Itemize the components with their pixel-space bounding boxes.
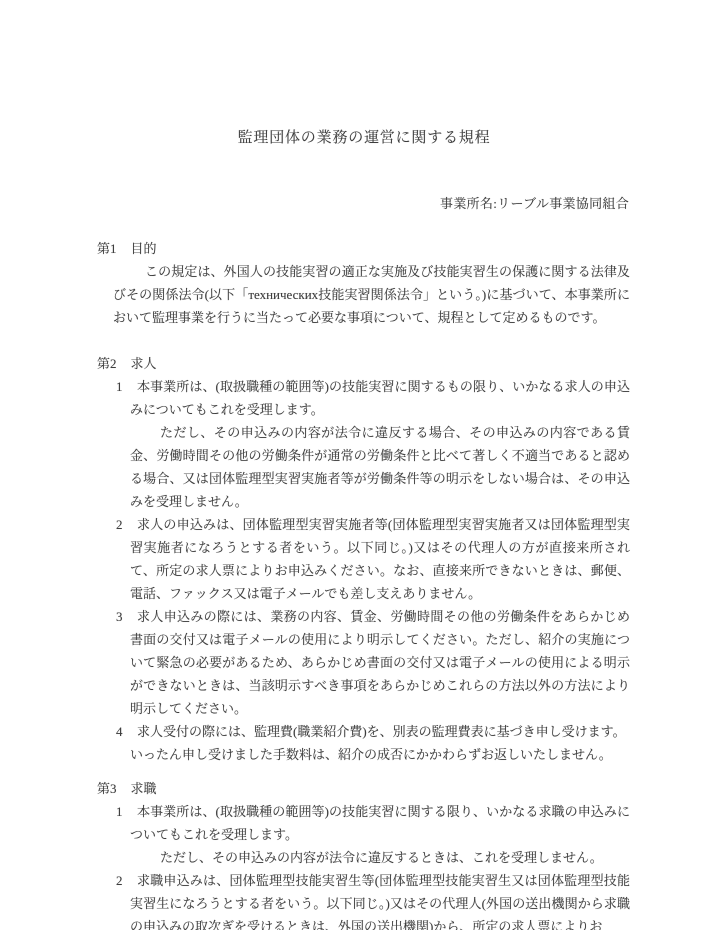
section-paragraph: この規定は、外国人の技能実習の適正な実施及び技能実習生の保護に関する法律及びその…: [113, 260, 630, 329]
item-number: 1: [116, 800, 123, 823]
item-number: 1: [116, 375, 123, 398]
item-proviso-paragraph: ただし、その申込みの内容が法令に違反する場合、その申込みの内容である賃金、労働時…: [130, 421, 630, 513]
document-title: 監理団体の業務の運営に関する規程: [0, 0, 728, 150]
section-heading: 求職: [131, 781, 157, 796]
section-header: 第1目的: [0, 237, 728, 260]
item-paragraph: 求人受付の際には、監理費(職業紹介費)を、別表の監理費表に基づき申し受けます。: [130, 720, 630, 743]
section-job-offers: 第2求人 1 本事業所は、(取扱職種の範囲等)の技能実習に関するもの限り、いかな…: [0, 352, 728, 766]
section-number: 第3: [97, 781, 117, 796]
item-paragraph: 求人申込みの際には、業務の内容、賃金、労働時間その他の労働条件をあらかじめ書面の…: [130, 605, 630, 720]
numbered-item: 3 求人申込みの際には、業務の内容、賃金、労働時間その他の労働条件をあらかじめ書…: [130, 605, 630, 720]
item-continuation-paragraph: いったん申し受けました手数料は、紹介の成否にかかわらずお返しいたしません。: [130, 743, 630, 766]
item-paragraph: 本事業所は、(取扱職種の範囲等)の技能実習に関するもの限り、いかなる求人の申込み…: [130, 375, 630, 421]
section-number: 第1: [97, 241, 117, 256]
section-heading: 求人: [131, 356, 157, 371]
section-job-seekers: 第3求職 1 本事業所は、(取扱職種の範囲等)の技能実習に関する限り、いかなる求…: [0, 777, 728, 930]
numbered-item: 1 本事業所は、(取扱職種の範囲等)の技能実習に関するもの限り、いかなる求人の申…: [130, 375, 630, 513]
section-number: 第2: [97, 356, 117, 371]
numbered-item: 1 本事業所は、(取扱職種の範囲等)の技能実習に関する限り、いかなる求職の申込み…: [130, 800, 630, 869]
numbered-item: 4 求人受付の際には、監理費(職業紹介費)を、別表の監理費表に基づき申し受けます…: [130, 720, 630, 766]
section-heading: 目的: [131, 241, 157, 256]
item-paragraph: 求人の申込みは、団体監理型実習実施者等(団体監理型実習実施者又は団体監理型実習実…: [130, 513, 630, 605]
item-paragraph: 本事業所は、(取扱職種の範囲等)の技能実習に関する限り、いかなる求職の申込みにつ…: [130, 800, 630, 846]
item-number: 2: [116, 513, 123, 536]
item-paragraph: 求職申込みは、団体監理型技能実習生等(団体監理型技能実習生又は団体監理型技能実習…: [130, 869, 630, 930]
item-number: 2: [116, 869, 123, 892]
numbered-item: 2 求人の申込みは、団体監理型実習実施者等(団体監理型実習実施者又は団体監理型実…: [130, 513, 630, 605]
section-purpose: 第1目的 この規定は、外国人の技能実習の適正な実施及び技能実習生の保護に関する法…: [0, 237, 728, 329]
numbered-item: 2 求職申込みは、団体監理型技能実習生等(団体監理型技能実習生又は団体監理型技能…: [130, 869, 630, 930]
item-proviso-paragraph: ただし、その申込みの内容が法令に違反するときは、これを受理しません。: [130, 846, 630, 869]
document-page: 監理団体の業務の運営に関する規程 事業所名:リーブル事業協同組合 第1目的 この…: [0, 0, 728, 930]
section-header: 第2求人: [0, 352, 728, 375]
item-number: 4: [116, 720, 123, 743]
item-number: 3: [116, 605, 123, 628]
section-header: 第3求職: [0, 777, 728, 800]
business-name-line: 事業所名:リーブル事業協同組合: [0, 192, 728, 215]
